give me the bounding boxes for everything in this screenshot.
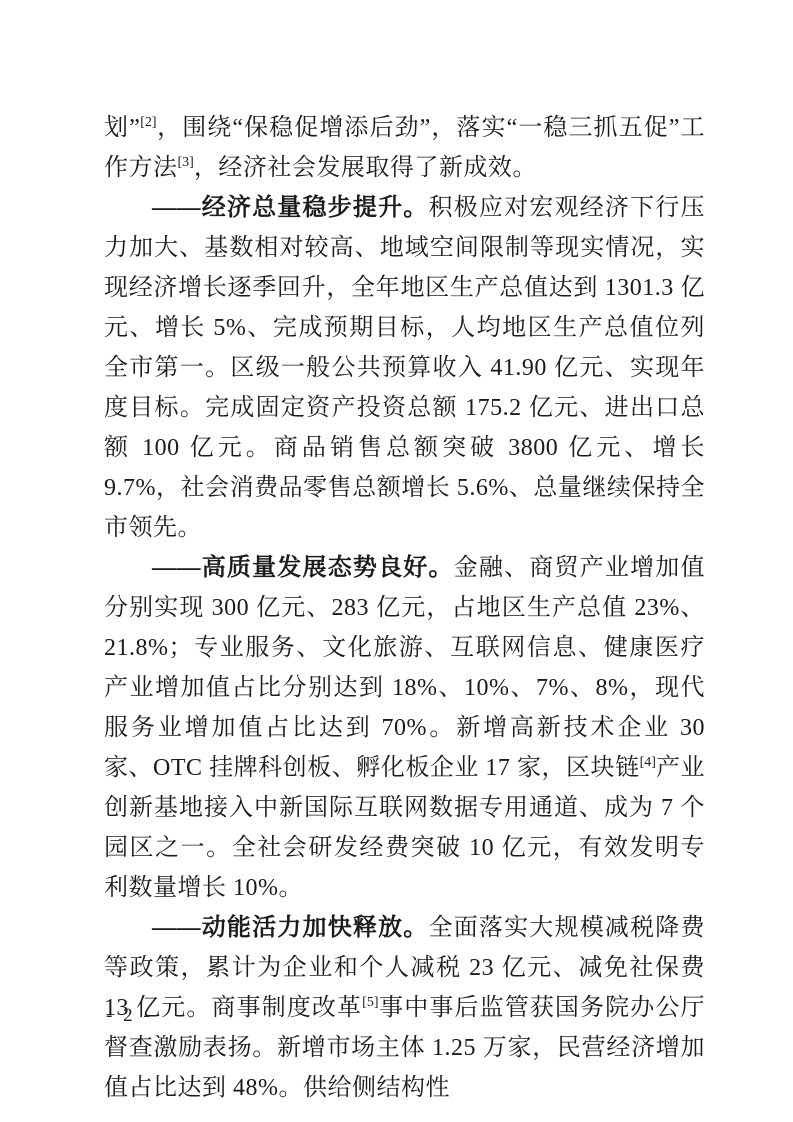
paragraph: ——经济总量稳步提升。积极应对宏观经济下行压力加大、基数相对较高、地域空间限制等… (104, 188, 705, 548)
paragraph-heading: ——动能活力加快释放。 (152, 915, 429, 941)
paragraph: ——动能活力加快释放。全面落实大规模减税降费等政策，累计为企业和个人减税 23 … (104, 908, 705, 1108)
paragraph-heading: ——经济总量稳步提升。 (152, 195, 429, 221)
paragraph-text: ，经济社会发展取得了新成效。 (194, 155, 537, 181)
page-number: - 2 - (106, 1002, 153, 1030)
document-body: 划”[2]，围绕“保稳促增添后劲”，落实“一稳三抓五促”工作方法[3]，经济社会… (104, 108, 705, 1108)
paragraph-text: 划” (104, 115, 140, 141)
paragraph-text: 金融、商贸产业增加值分别实现 300 亿元、283 亿元，占地区生产总值 23%… (104, 555, 705, 781)
paragraph: ——高质量发展态势良好。金融、商贸产业增加值分别实现 300 亿元、283 亿元… (104, 548, 705, 908)
footnote-ref: [2] (140, 115, 156, 130)
document-page: 划”[2]，围绕“保稳促增添后劲”，落实“一稳三抓五促”工作方法[3]，经济社会… (0, 0, 793, 1122)
paragraph-heading: ——高质量发展态势良好。 (152, 555, 454, 581)
footnote-ref: [3] (178, 155, 194, 170)
footnote-ref: [4] (640, 755, 656, 770)
paragraph: 划”[2]，围绕“保稳促增添后劲”，落实“一稳三抓五促”工作方法[3]，经济社会… (104, 108, 705, 188)
footnote-ref: [5] (362, 995, 378, 1010)
paragraph-text: 积极应对宏观经济下行压力加大、基数相对较高、地域空间限制等现实情况，实现经济增长… (104, 195, 705, 541)
